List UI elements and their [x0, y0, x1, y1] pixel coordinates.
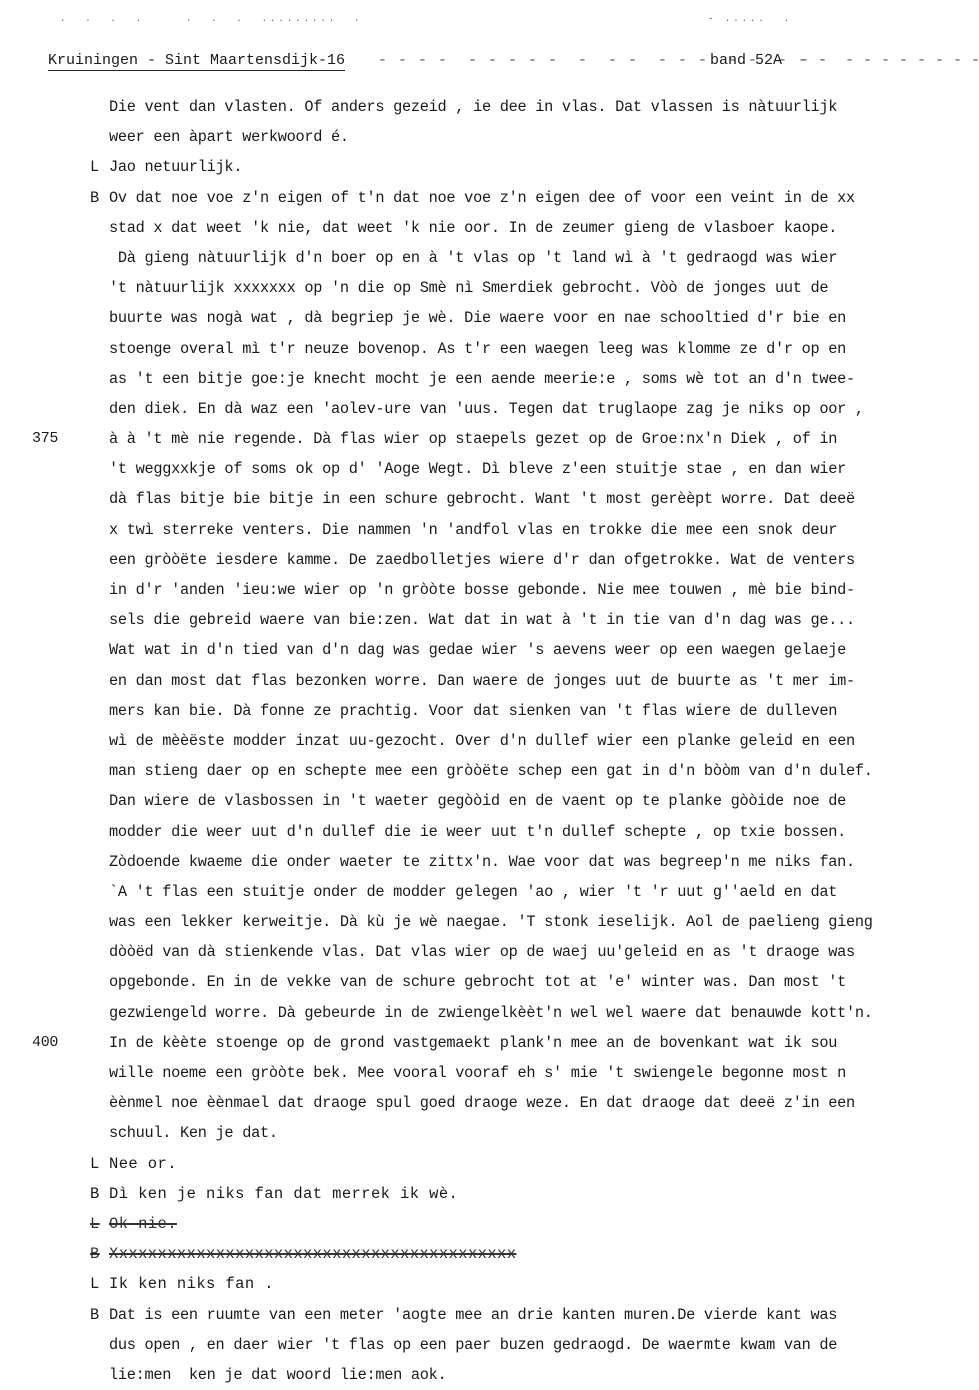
transcript-line: lie:men ken je dat woord lie:men aok.	[0, 1360, 979, 1390]
transcript-line: stoenge overal mì t'r neuze bovenop. As …	[0, 334, 979, 364]
line-text: man stieng daer op en schepte mee een gr…	[109, 756, 873, 786]
page-header: Kruiningen - Sint Maartensdijk-16 - - - …	[48, 52, 948, 74]
transcript-line: BOv dat noe voe z'n eigen of t'n dat noe…	[0, 183, 979, 213]
transcript-line: wì de mèèëste modder inzat uu-gezocht. O…	[0, 726, 979, 756]
line-text: èènmel noe èènmael dat draoge spul goed …	[109, 1088, 855, 1118]
line-text: Ov dat noe voe z'n eigen of t'n dat noe …	[109, 183, 855, 213]
line-text: as 't een bitje goe:je knecht mocht je e…	[109, 364, 855, 394]
transcript-line: LOk nie.	[0, 1209, 979, 1239]
line-text: gezwiengeld worre. Dà gebeurde in de zwi…	[109, 998, 873, 1028]
line-text: Die vent dan vlasten. Of anders gezeid ,…	[109, 92, 837, 122]
transcript-line: weer een àpart werkwoord é.	[0, 122, 979, 152]
transcript-line: man stieng daer op en schepte mee een gr…	[0, 756, 979, 786]
line-text: Jao netuurlijk.	[109, 152, 242, 182]
transcript-line: `A 't flas een stuitje onder de modder g…	[0, 877, 979, 907]
transcript-line: sels die gebreid waere van bie:zen. Wat …	[0, 605, 979, 635]
line-text: Dan wiere de vlasbossen in 't waeter geg…	[109, 786, 846, 816]
speaker-marker: B	[90, 183, 99, 213]
line-text: Wat wat in d'n tied van d'n dag was geda…	[109, 635, 846, 665]
transcript-line: x twì sterreke venters. Die nammen 'n 'a…	[0, 515, 979, 545]
transcript-line: èènmel noe èènmael dat draoge spul goed …	[0, 1088, 979, 1118]
line-text: in d'r 'anden 'ieu:we wier op 'n gròòte …	[109, 575, 855, 605]
line-text: Ok nie.	[109, 1209, 177, 1239]
transcript-line: mers kan bie. Dà fonne ze prachtig. Voor…	[0, 696, 979, 726]
line-text: dòòëd van dà stienkende vlas. Dat vlas w…	[109, 937, 855, 967]
header-filler-dashes-right: - - - - - - - - - - -	[800, 52, 979, 69]
speaker-marker: L	[90, 1269, 100, 1299]
typewritten-transcript-page: . . . . . . . ......... . - ..... . Krui…	[0, 0, 979, 1390]
transcript-line: 375à à 't mè nie regende. Dà flas wier o…	[0, 424, 979, 454]
line-text: sels die gebreid waere van bie:zen. Wat …	[109, 605, 855, 635]
line-text: buurte was nogà wat , dà begriep je wè. …	[109, 303, 846, 333]
line-text: den diek. En dà waz een 'aolev-ure van '…	[109, 394, 864, 424]
location-title: Kruiningen - Sint Maartensdijk-16	[48, 52, 345, 71]
line-text: 't weggxxkje of soms ok op d' 'Aoge Wegt…	[109, 454, 846, 484]
line-text: In de kèète stoenge op de grond vastgema…	[109, 1028, 837, 1058]
line-text: wille noeme een gròòte bek. Mee vooral v…	[109, 1058, 846, 1088]
line-text: weer een àpart werkwoord é.	[109, 122, 349, 152]
transcript-line: BDì ken je niks fan dat merrek ik wè.	[0, 1179, 979, 1209]
transcript-line: 't weggxxkje of soms ok op d' 'Aoge Wegt…	[0, 454, 979, 484]
transcript-line: gezwiengeld worre. Dà gebeurde in de zwi…	[0, 998, 979, 1028]
line-text: à à 't mè nie regende. Dà flas wier op s…	[109, 424, 837, 454]
line-text: mers kan bie. Dà fonne ze prachtig. Voor…	[109, 696, 837, 726]
scan-specks-right: - ..... .	[708, 14, 792, 24]
transcript-line: en dan most dat flas bezonken worre. Dan…	[0, 666, 979, 696]
tape-band-label: band 52A	[710, 52, 782, 69]
transcript-body: Die vent dan vlasten. Of anders gezeid ,…	[0, 92, 979, 1390]
transcript-line: 400In de kèète stoenge op de grond vastg…	[0, 1028, 979, 1058]
transcript-line: LIk ken niks fan .	[0, 1269, 979, 1299]
transcript-line: dòòëd van dà stienkende vlas. Dat vlas w…	[0, 937, 979, 967]
transcript-line: BDat is een ruumte van een meter 'aogte …	[0, 1300, 979, 1330]
line-text: lie:men ken je dat woord lie:men aok.	[109, 1360, 446, 1390]
line-text: Ik ken niks fan .	[109, 1269, 274, 1299]
speaker-marker: B	[90, 1300, 99, 1330]
transcript-line: Dan wiere de vlasbossen in 't waeter geg…	[0, 786, 979, 816]
line-text: was een lekker kerweitje. Dà kù je wè na…	[109, 907, 873, 937]
speaker-marker: B	[90, 1239, 100, 1269]
transcript-line: as 't een bitje goe:je knecht mocht je e…	[0, 364, 979, 394]
transcript-line: opgebonde. En in de vekke van de schure …	[0, 967, 979, 997]
speaker-marker: L	[90, 1209, 100, 1239]
transcript-line: Wat wat in d'n tied van d'n dag was geda…	[0, 635, 979, 665]
line-text: wì de mèèëste modder inzat uu-gezocht. O…	[109, 726, 855, 756]
transcript-line: modder die weer uut d'n dullef die ie we…	[0, 817, 979, 847]
transcript-line: een gròòëte iesdere kamme. De zaedbollet…	[0, 545, 979, 575]
transcript-line: schuul. Ken je dat.	[0, 1118, 979, 1148]
transcript-line: buurte was nogà wat , dà begriep je wè. …	[0, 303, 979, 333]
transcript-line: den diek. En dà waz een 'aolev-ure van '…	[0, 394, 979, 424]
line-number: 400	[32, 1028, 58, 1058]
line-text: Dà gieng nàtuurlijk d'n boer op en à 't …	[109, 243, 837, 273]
transcript-line: in d'r 'anden 'ieu:we wier op 'n gròòte …	[0, 575, 979, 605]
speaker-marker: L	[90, 152, 99, 182]
transcript-line: Dà gieng nàtuurlijk d'n boer op en à 't …	[0, 243, 979, 273]
transcript-line: 't nàtuurlijk xxxxxxx op 'n die op Smè n…	[0, 273, 979, 303]
transcript-line: Die vent dan vlasten. Of anders gezeid ,…	[0, 92, 979, 122]
transcript-line: LJao netuurlijk.	[0, 152, 979, 182]
line-text: Dat is een ruumte van een meter 'aogte m…	[109, 1300, 837, 1330]
transcript-line: was een lekker kerweitje. Dà kù je wè na…	[0, 907, 979, 937]
line-text: dus open , en daer wier 't flas op een p…	[109, 1330, 837, 1360]
line-number: 375	[32, 424, 58, 454]
transcript-line: Zòdoende kwaeme die onder waeter te zitt…	[0, 847, 979, 877]
line-text: opgebonde. En in de vekke van de schure …	[109, 967, 846, 997]
line-text: Nee or.	[109, 1149, 177, 1179]
line-text: en dan most dat flas bezonken worre. Dan…	[109, 666, 855, 696]
line-text: modder die weer uut d'n dullef die ie we…	[109, 817, 846, 847]
line-text: x twì sterreke venters. Die nammen 'n 'a…	[109, 515, 837, 545]
speaker-marker: L	[90, 1149, 100, 1179]
transcript-line: stad x dat weet 'k nie, dat weet 'k nie …	[0, 213, 979, 243]
line-text: Zòdoende kwaeme die onder waeter te zitt…	[109, 847, 855, 877]
line-text: dà flas bitje bie bitje in een schure ge…	[109, 484, 855, 514]
speaker-marker: B	[90, 1179, 100, 1209]
transcript-line: LNee or.	[0, 1149, 979, 1179]
line-text: een gròòëte iesdere kamme. De zaedbollet…	[109, 545, 855, 575]
line-text: Dì ken je niks fan dat merrek ik wè.	[109, 1179, 458, 1209]
line-text: schuul. Ken je dat.	[109, 1118, 278, 1148]
line-text: stad x dat weet 'k nie, dat weet 'k nie …	[109, 213, 837, 243]
transcript-line: dus open , en daer wier 't flas op een p…	[0, 1330, 979, 1360]
transcript-line: wille noeme een gròòte bek. Mee vooral v…	[0, 1058, 979, 1088]
line-text: Xxxxxxxxxxxxxxxxxxxxxxxxxxxxxxxxxxxxxxxx…	[109, 1239, 516, 1269]
line-text: `A 't flas een stuitje onder de modder g…	[109, 877, 837, 907]
line-text: 't nàtuurlijk xxxxxxx op 'n die op Smè n…	[109, 273, 828, 303]
transcript-line: BXxxxxxxxxxxxxxxxxxxxxxxxxxxxxxxxxxxxxxx…	[0, 1239, 979, 1269]
transcript-line: dà flas bitje bie bitje in een schure ge…	[0, 484, 979, 514]
scan-specks-left: . . . . . . . ......... .	[60, 14, 362, 24]
line-text: stoenge overal mì t'r neuze bovenop. As …	[109, 334, 846, 364]
